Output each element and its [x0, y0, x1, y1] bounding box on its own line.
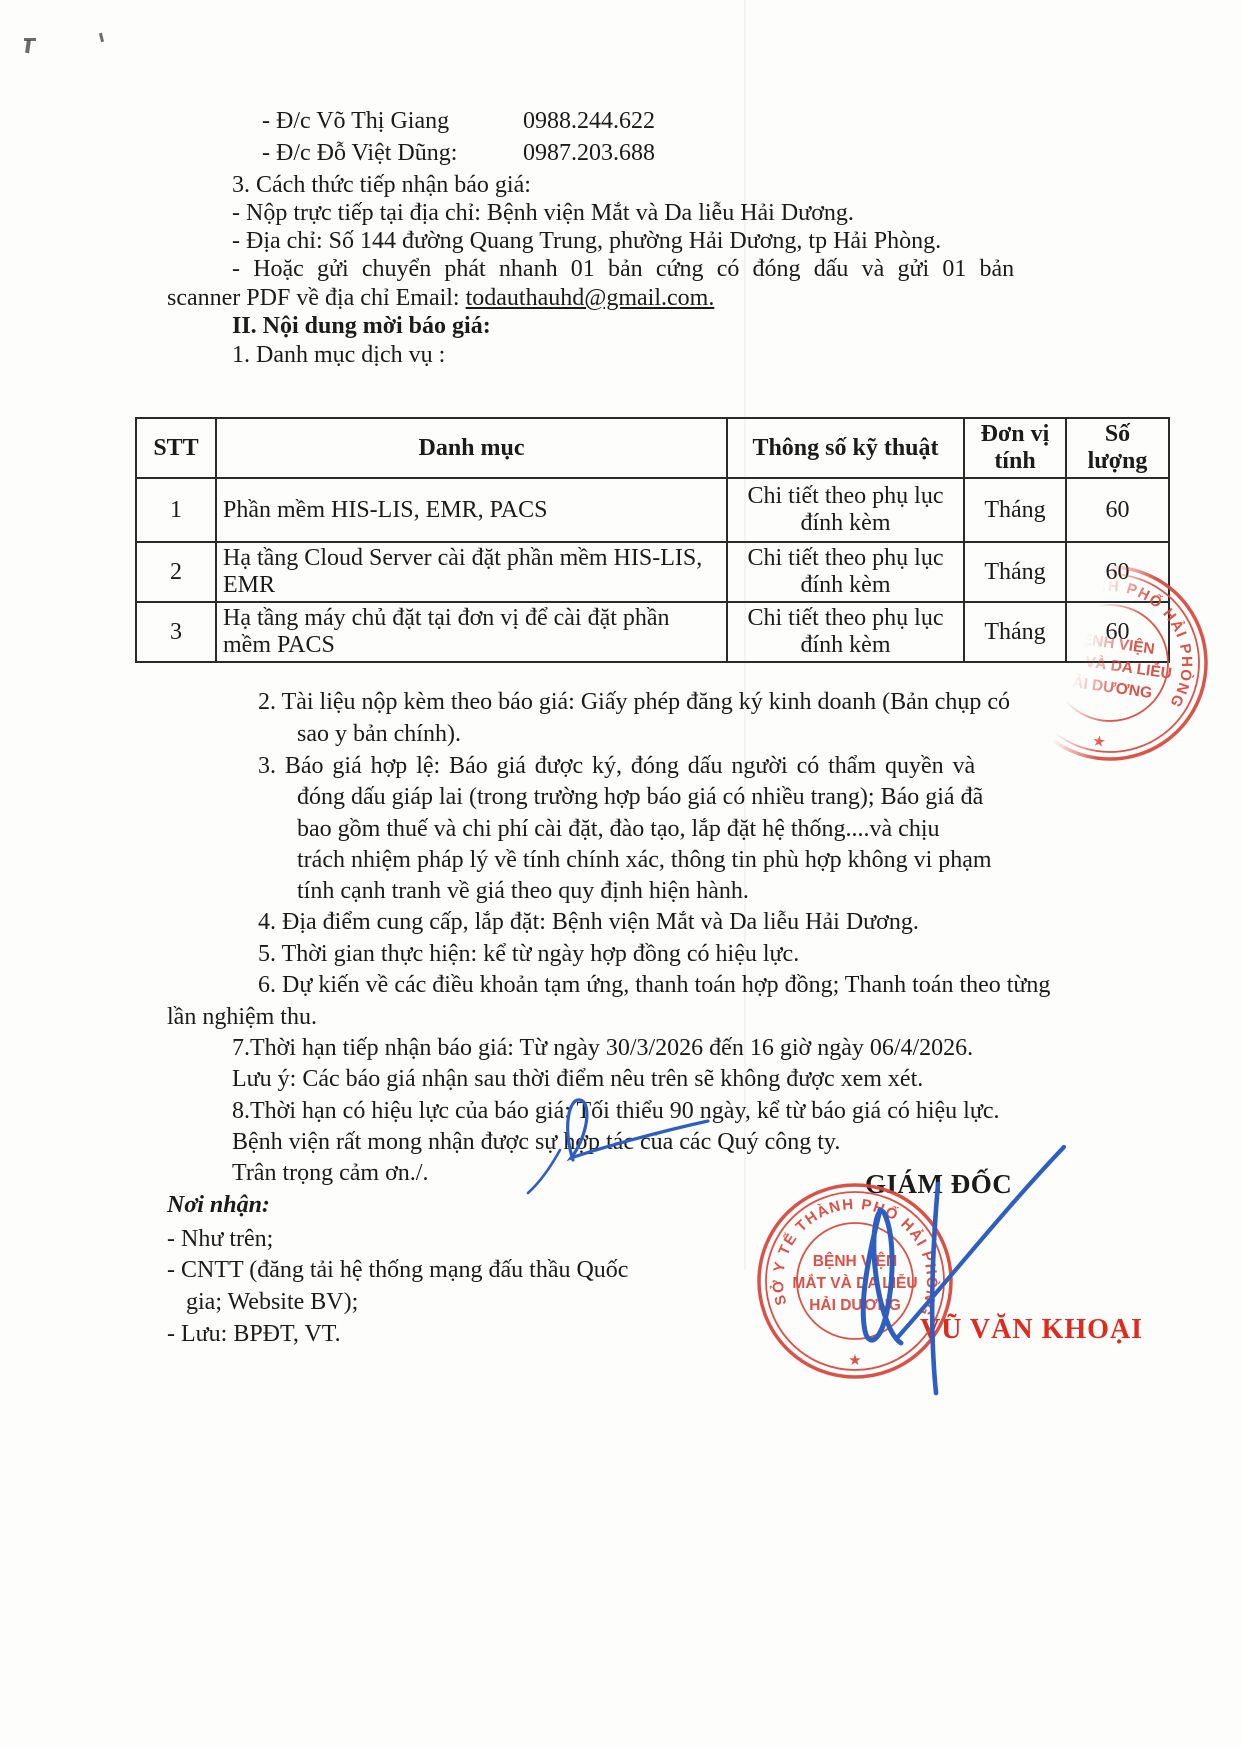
note-line: 2. Tài liệu nộp kèm theo báo giá: Giấy p…: [258, 688, 1010, 716]
note-line: Trân trọng cảm ơn./.: [232, 1159, 428, 1187]
cell-stt: 3: [136, 602, 216, 662]
stamp-center-line: HẢI DƯƠNG: [809, 1297, 901, 1314]
col-header-stt: STT: [136, 418, 216, 478]
recipient-item: - Như trên;: [167, 1225, 273, 1253]
method-line-2: - Địa chỉ: Số 144 đường Quang Trung, phư…: [232, 227, 941, 255]
cell-danh-muc: Phần mềm HIS-LIS, EMR, PACS: [216, 478, 727, 542]
list1-heading: 1. Danh mục dịch vụ :: [232, 341, 445, 369]
note-line: sao y bản chính).: [297, 720, 461, 748]
stamp-graphic: SỞ Y TẾ THÀNH PHỐ HẢI PHÒNG ★ BỆNH VIỆN …: [986, 539, 1234, 787]
note-line: tính cạnh tranh về giá theo quy định hiệ…: [297, 877, 749, 905]
cell-danh-muc: Hạ tầng Cloud Server cài đặt phần mềm HI…: [216, 542, 727, 602]
cell-stt: 2: [136, 542, 216, 602]
table-row: 1 Phần mềm HIS-LIS, EMR, PACS Chi tiết t…: [136, 478, 1169, 542]
stamp-star: ★: [1091, 732, 1107, 751]
scanned-document-page: - Đ/c Võ Thị Giang 0988.244.622 - Đ/c Đỗ…: [0, 0, 1242, 1747]
note-line: 7.Thời hạn tiếp nhận báo giá: Từ ngày 30…: [232, 1034, 973, 1062]
method-line-3: - Hoặc gửi chuyển phát nhanh 01 bản cứng…: [232, 255, 1014, 283]
cell-thong-so: Chi tiết theo phụ lục đính kèm: [727, 478, 964, 542]
cell-so-luong: 60: [1066, 478, 1169, 542]
note-line: Lưu ý: Các báo giá nhận sau thời điểm nê…: [232, 1065, 923, 1093]
note-line: 4. Địa điểm cung cấp, lắp đặt: Bệnh viện…: [258, 908, 919, 936]
recipient-item: gia; Website BV);: [186, 1288, 358, 1316]
table-header-row: STT Danh mục Thông số kỹ thuật Đơn vị tí…: [136, 418, 1169, 478]
stamp-center-line: MẮT VÀ DA LIỄU: [792, 1274, 917, 1292]
section2-heading: II. Nội dung mời báo giá:: [232, 312, 491, 340]
contact-name-2: - Đ/c Đỗ Việt Dũng:: [262, 139, 457, 167]
col-header-so-luong: Số lượng: [1066, 418, 1169, 478]
recipients-heading: Nơi nhận:: [167, 1191, 270, 1219]
cell-thong-so: Chi tiết theo phụ lục đính kèm: [727, 542, 964, 602]
note-line: 5. Thời gian thực hiện: kể từ ngày hợp đ…: [258, 940, 799, 968]
email-prefix: scanner PDF về địa chỉ Email:: [167, 285, 466, 311]
contact-name-1: - Đ/c Võ Thị Giang: [262, 107, 449, 135]
note-line: trách nhiệm pháp lý về tính chính xác, t…: [297, 846, 992, 874]
recipient-item: - Lưu: BPĐT, VT.: [167, 1320, 341, 1348]
cell-thong-so: Chi tiết theo phụ lục đính kèm: [727, 602, 964, 662]
stamp-graphic: SỞ Y TẾ THÀNH PHỐ HẢI PHÒNG ★ BỆNH VIỆN …: [745, 1171, 965, 1391]
cell-stt: 1: [136, 478, 216, 542]
note-line: đóng dấu giáp lai (trong trường hợp báo …: [297, 783, 983, 811]
signature-flourish-tail: [528, 1150, 560, 1193]
stamp-center-line: BỆNH VIỆN: [813, 1252, 897, 1270]
official-round-stamp: SỞ Y TẾ THÀNH PHỐ HẢI PHÒNG ★ BỆNH VIỆN …: [745, 1171, 965, 1391]
method-line-1: - Nộp trực tiếp tại địa chỉ: Bệnh viện M…: [232, 199, 854, 227]
note-line: 6. Dự kiến về các điều khoản tạm ứng, th…: [258, 971, 1050, 999]
contact-phone-1: 0988.244.622: [523, 107, 655, 135]
cell-danh-muc: Hạ tầng máy chủ đặt tại đơn vị để cài đặ…: [216, 602, 727, 662]
cell-don-vi: Tháng: [964, 478, 1066, 542]
contact-phone-2: 0987.203.688: [523, 139, 655, 167]
method-line-4: scanner PDF về địa chỉ Email: todauthauh…: [167, 284, 714, 312]
scan-speck: [25, 40, 31, 53]
note-line: Bệnh viện rất mong nhận được sự hợp tác …: [232, 1128, 840, 1156]
note-line: bao gồm thuế và chi phí cài đặt, đào tạo…: [297, 815, 939, 843]
edge-partial-stamp: SỞ Y TẾ THÀNH PHỐ HẢI PHÒNG ★ BỆNH VIỆN …: [986, 539, 1234, 787]
stamp-star: ★: [848, 1352, 861, 1369]
col-header-danh-muc: Danh mục: [216, 418, 727, 478]
note-line: 8.Thời hạn có hiệu lực của báo giá: Tối …: [232, 1097, 1000, 1125]
recipient-item: - CNTT (đăng tải hệ thống mạng đấu thầu …: [167, 1256, 628, 1284]
note-line: lần nghiệm thu.: [167, 1003, 317, 1031]
scan-speck: [99, 33, 104, 42]
col-header-thong-so: Thông số kỹ thuật: [727, 418, 964, 478]
col-header-don-vi: Đơn vị tính: [964, 418, 1066, 478]
email-address: todauthauhd@gmail.com.: [466, 285, 715, 311]
note-line: 3. Báo giá hợp lệ: Báo giá được ký, đóng…: [258, 752, 975, 780]
method-heading: 3. Cách thức tiếp nhận báo giá:: [232, 171, 531, 199]
scan-speck: [24, 38, 36, 41]
